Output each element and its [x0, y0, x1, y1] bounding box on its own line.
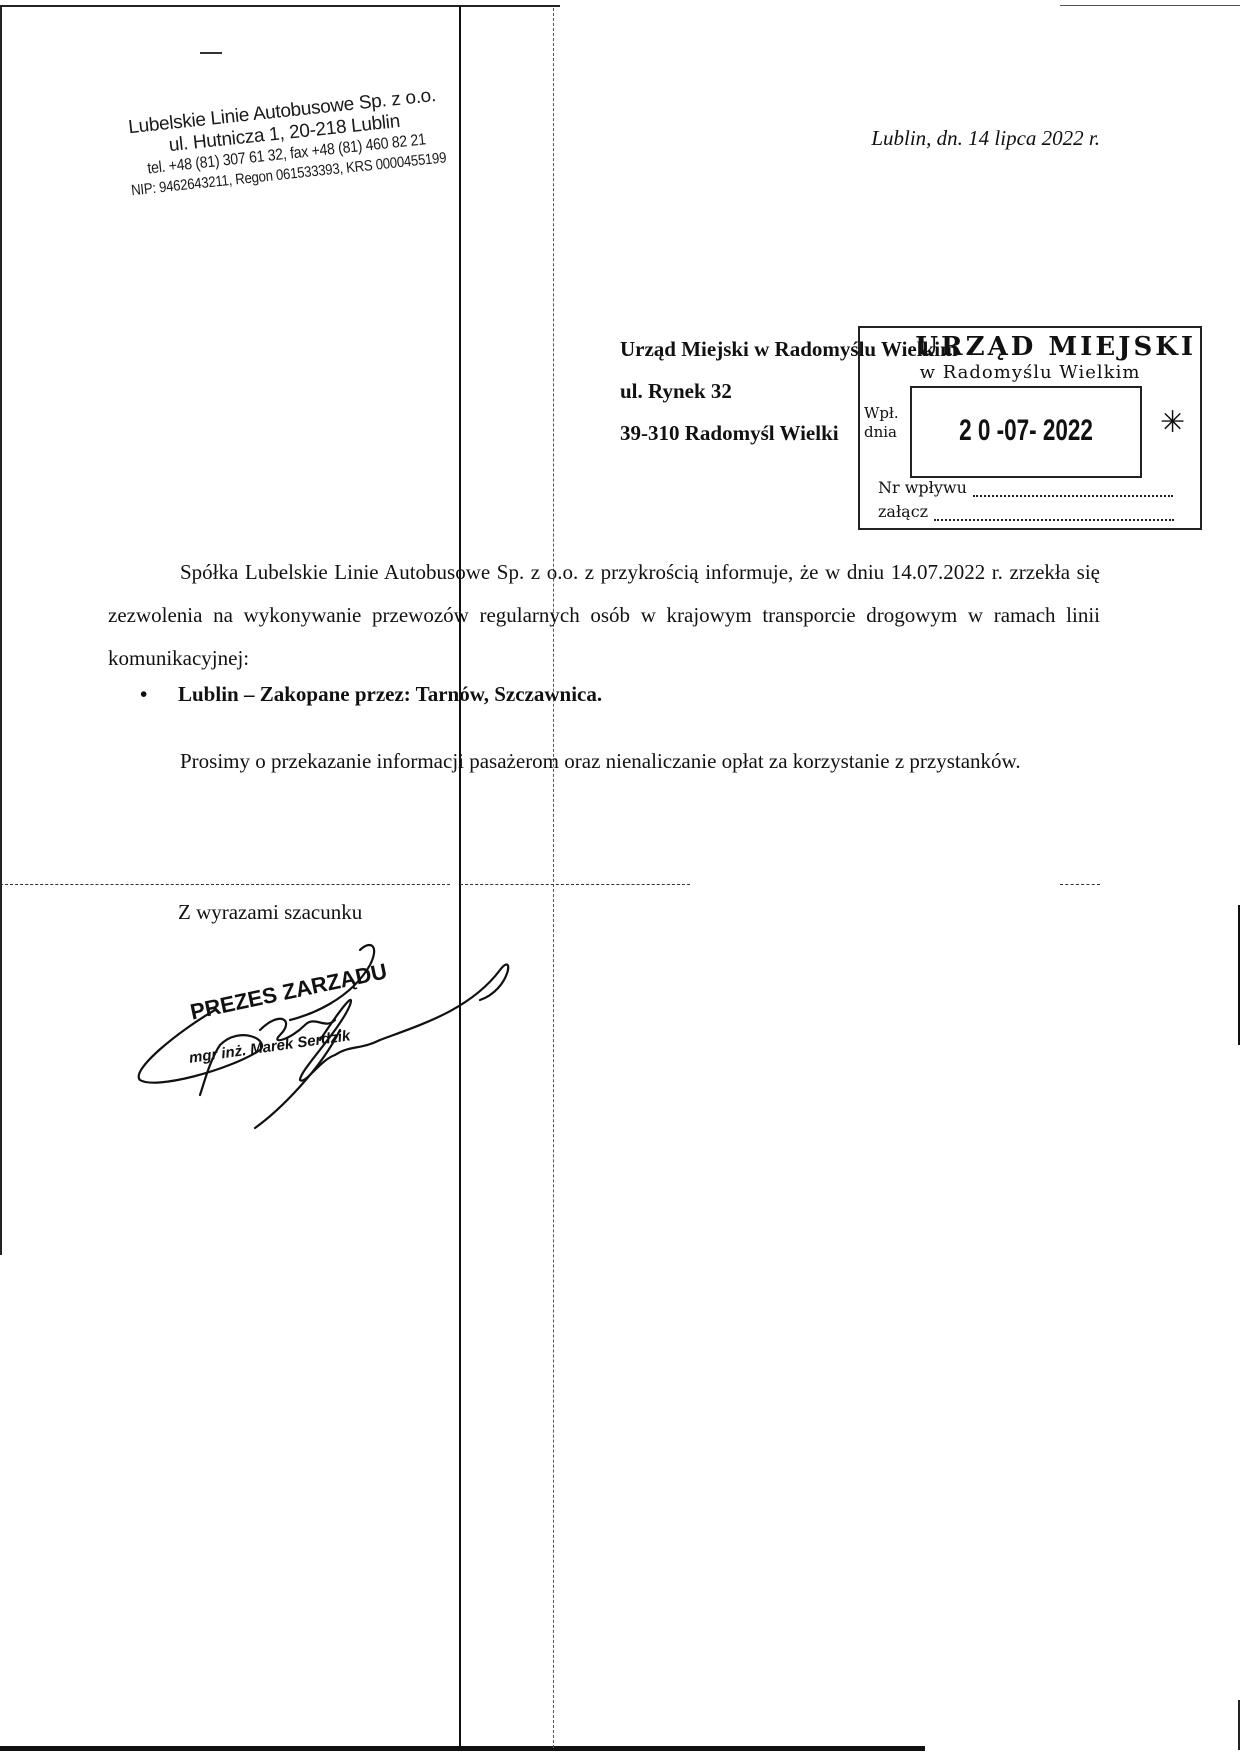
- body-paragraph-1: Spółka Lubelskie Linie Autobusowe Sp. z …: [108, 551, 1100, 680]
- stamp-received-date: 2 0 -07- 2022: [941, 414, 1112, 448]
- stamp-received-label: Wpł. dnia: [864, 404, 899, 442]
- scan-edge-bottom: [0, 1746, 925, 1751]
- scan-edge-top: [0, 5, 560, 7]
- closing-phrase: Z wyrazami szacunku: [178, 900, 362, 925]
- fold-line-horizontal: [1060, 884, 1100, 886]
- bullet-icon: •: [140, 682, 178, 707]
- scan-edge-top-right: [1060, 5, 1240, 6]
- stamp-title: URZĄD MIEJSKI: [866, 332, 1196, 362]
- place-date: Lublin, dn. 14 lipca 2022 r.: [760, 126, 1100, 151]
- stamp-subtitle: w Radomyślu Wielkim: [860, 362, 1200, 383]
- fold-line-vertical-dashed: [553, 8, 554, 1748]
- dotted-line: [973, 483, 1173, 497]
- receipt-stamp: URZĄD MIEJSKI w Radomyślu Wielkim Wpł. d…: [858, 326, 1202, 530]
- scan-edge-left: [0, 5, 2, 1255]
- stamp-date-box: 2 0 -07- 2022: [910, 386, 1142, 478]
- sender-company-stamp: Lubelskie Linie Autobusowe Sp. z o.o. ul…: [102, 82, 469, 203]
- stamp-attachments: załącz: [878, 502, 1174, 521]
- route-name: Lublin – Zakopane przez: Tarnów, Szczawn…: [178, 682, 602, 706]
- scan-mark: [200, 52, 222, 54]
- fold-line-horizontal: [0, 884, 450, 886]
- body-paragraph-2: Prosimy o przekazanie informacji pasażer…: [108, 740, 1100, 783]
- fold-line-horizontal: [460, 884, 690, 886]
- fold-line-vertical: [459, 6, 461, 1746]
- handwritten-signature-icon: [120, 930, 540, 1130]
- dotted-line: [934, 507, 1174, 521]
- stamp-entry-number: Nr wpływu: [878, 478, 1173, 497]
- star-icon: ✳: [1160, 408, 1185, 438]
- bullet-item: •Lublin – Zakopane przez: Tarnów, Szczaw…: [140, 682, 602, 707]
